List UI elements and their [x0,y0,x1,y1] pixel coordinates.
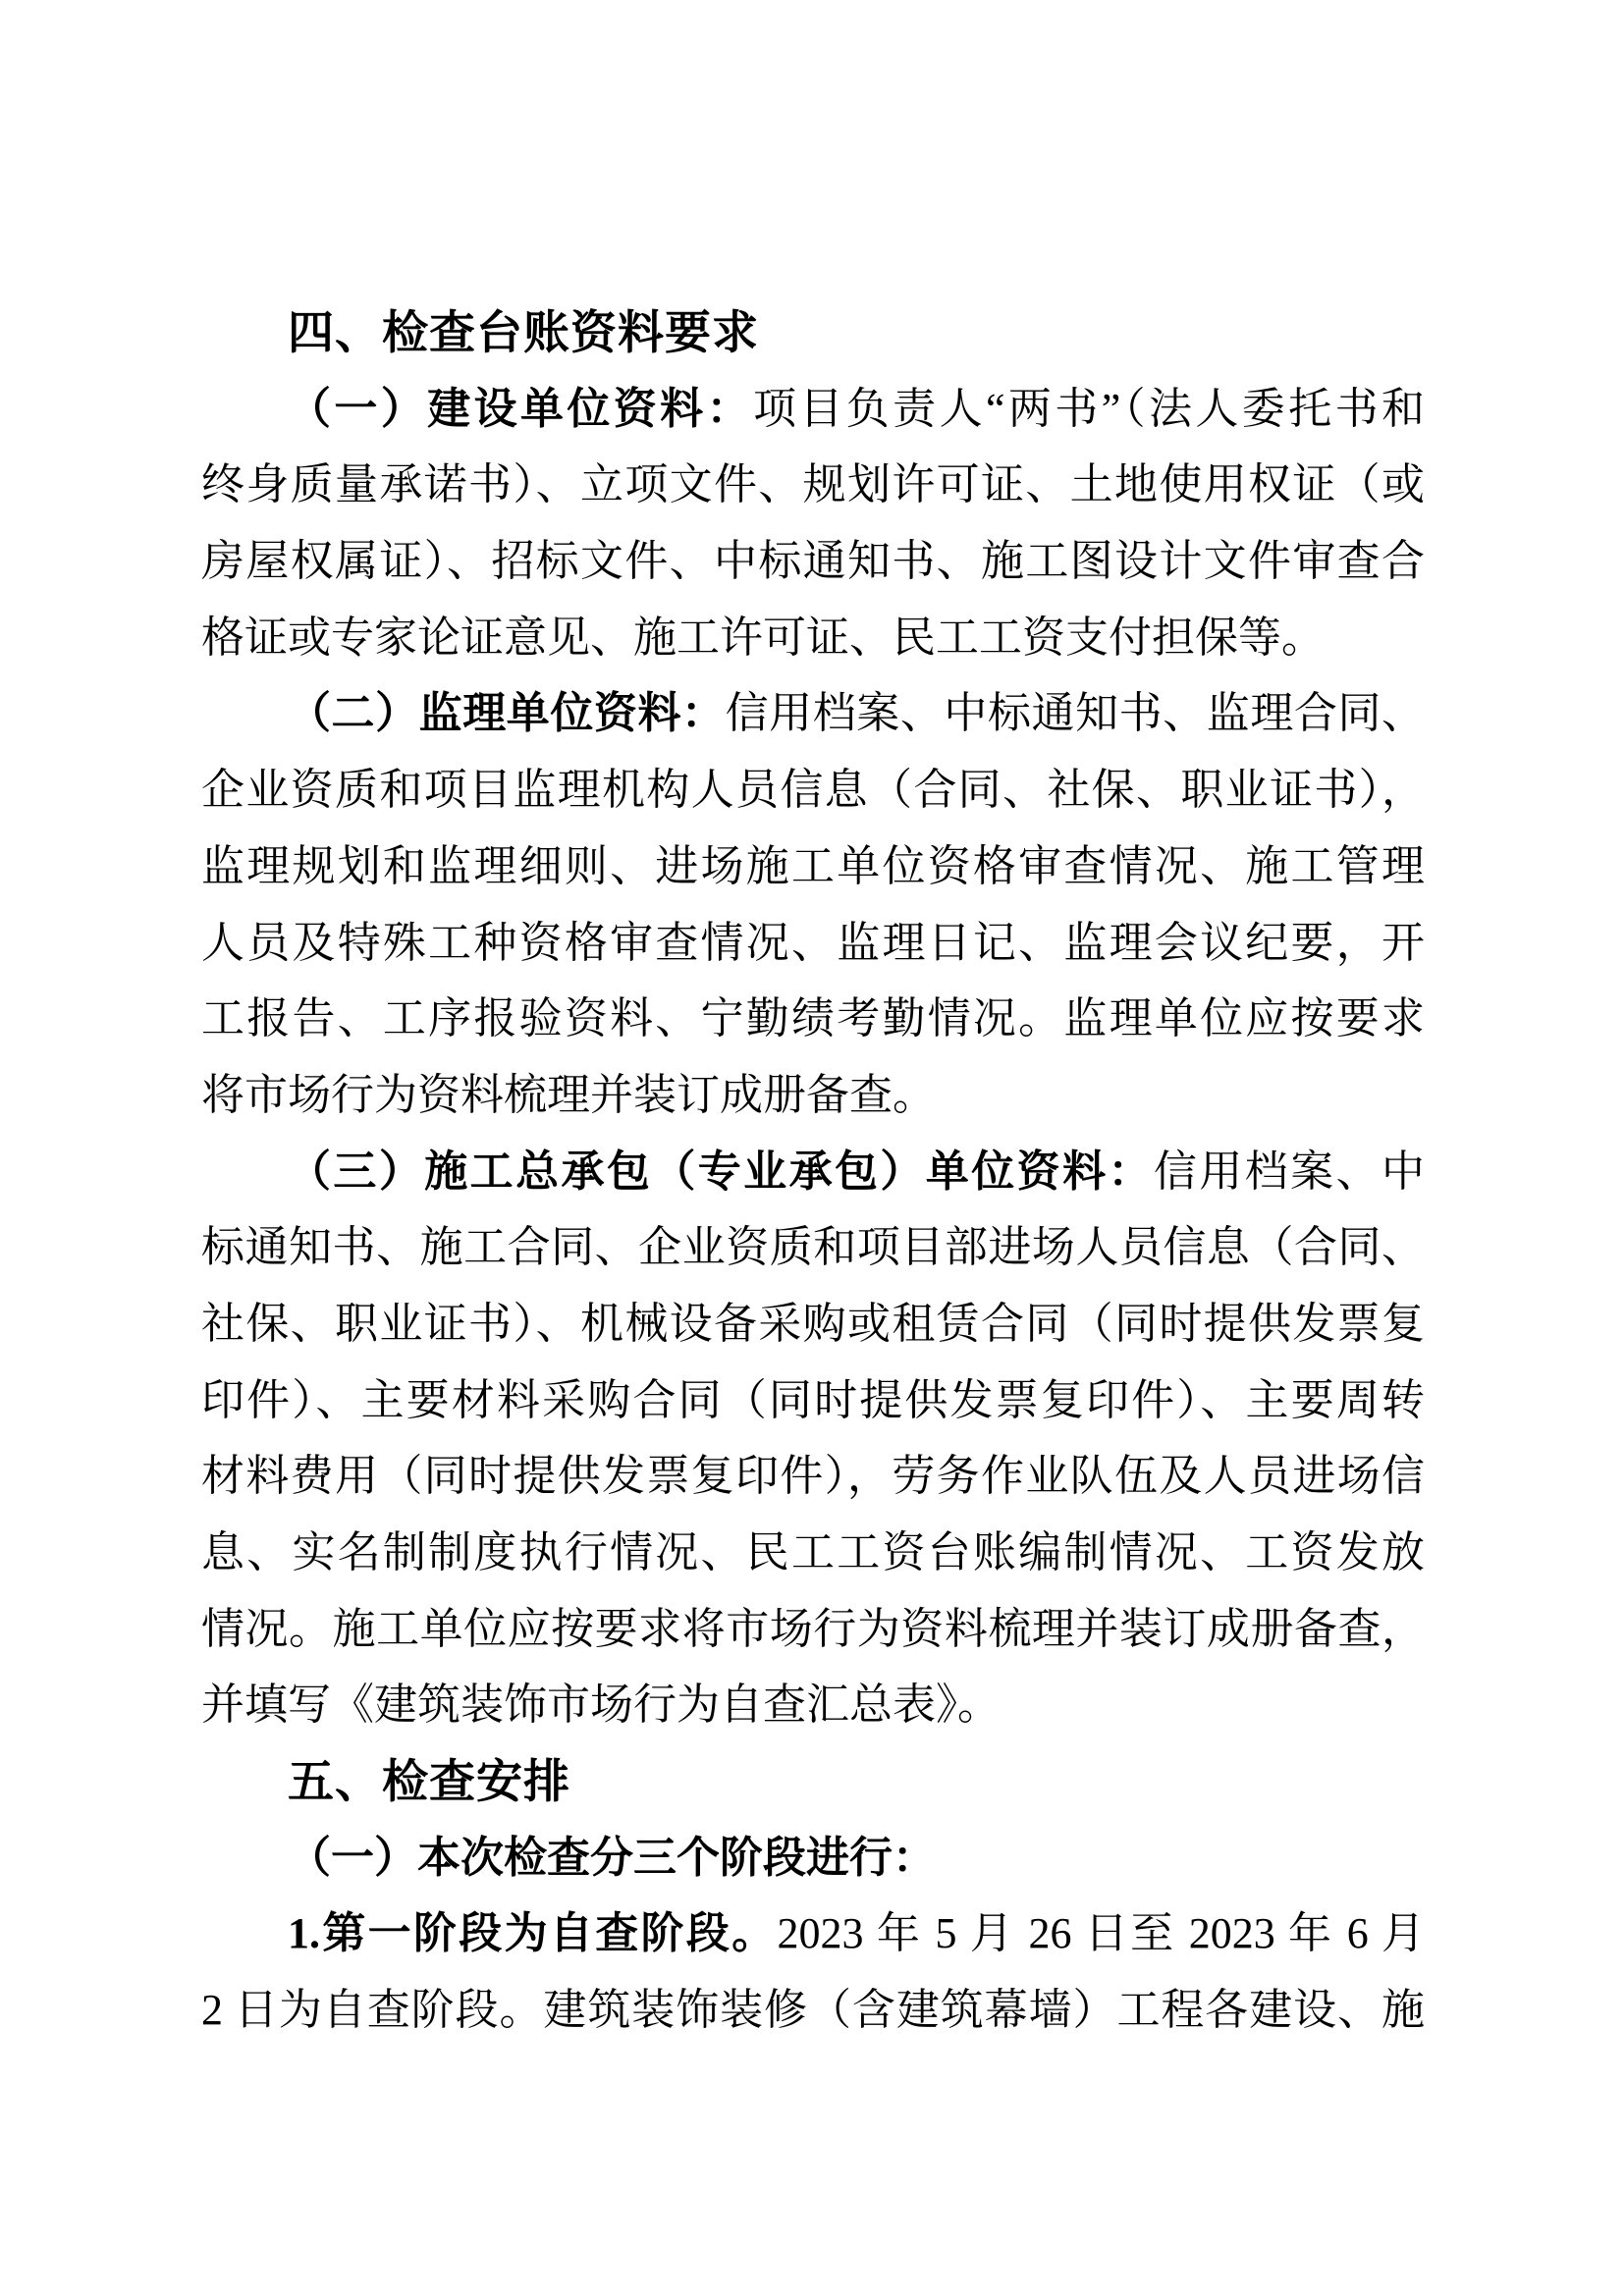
section-heading-5: 五、检查安排 [201,1743,1425,1820]
text-line: 社保、职业证书）、机械设备采购或租赁合同（同时提供发票复 [201,1286,1425,1362]
text-line: 情况。施工单位应按要求将市场行为资料梳理并装订成册备查， [201,1591,1425,1668]
body-text: 格证或专家论证意见、施工许可证、民工工资支付担保等。 [201,614,1325,662]
body-text: 并填写《建筑装饰市场行为自查汇总表》。 [201,1681,1001,1729]
text-line: （一）建设单位资料：项目负责人“两书”（法人委托书和 [201,371,1425,448]
section-heading-4: 四、检查台账资料要求 [201,294,1425,371]
lead-text: （一）建设单位资料： [288,385,753,433]
text-line: 1.第一阶段为自查阶段。2023 年 5 月 26 日至 2023 年 6 月 [201,1896,1425,1972]
text-line: 监理规划和监理细则、进场施工单位资格审查情况、施工管理 [201,828,1425,905]
body-text: 标通知书、施工合同、企业资质和项目部进场人员信息（合同、 [201,1223,1425,1271]
body-text: 2023 年 5 月 26 日至 2023 年 6 月 [778,1909,1425,1957]
text-line: 房屋权属证）、招标文件、中标通知书、施工图设计文件审查合 [201,523,1425,600]
body-text: 社保、职业证书）、机械设备采购或租赁合同（同时提供发票复 [201,1300,1425,1348]
text-line: 企业资质和项目监理机构人员信息（合同、社保、职业证书）， [201,752,1425,828]
text-line: 标通知书、施工合同、企业资质和项目部进场人员信息（合同、 [201,1209,1425,1286]
text-line: 将市场行为资料梳理并装订成册备查。 [201,1057,1425,1134]
text-line: 工报告、工序报验资料、宁勤绩考勤情况。监理单位应按要求 [201,981,1425,1057]
body-text: 情况。施工单位应按要求将市场行为资料梳理并装订成册备查， [201,1605,1425,1653]
text-line: 材料费用（同时提供发票复印件），劳务作业队伍及人员进场信 [201,1438,1425,1515]
body-text: 监理规划和监理细则、进场施工单位资格审查情况、施工管理 [201,842,1425,890]
body-text: 将市场行为资料梳理并装订成册备查。 [201,1071,936,1119]
body-text: 房屋权属证）、招标文件、中标通知书、施工图设计文件审查合 [201,537,1425,585]
heading-text: 五、检查安排 [288,1755,570,1807]
text-line: 印件）、主要材料采购合同（同时提供发票复印件）、主要周转 [201,1362,1425,1439]
body-text: 项目负责人“两书”（法人委托书和 [753,385,1425,433]
heading-text: 四、检查台账资料要求 [288,306,759,358]
text-line: 并填写《建筑装饰市场行为自查汇总表》。 [201,1667,1425,1743]
body-text: 2 日为自查阶段。建筑装饰装修（含建筑幕墙）工程各建设、施 [201,1986,1425,2034]
body-text: 信用档案、中标通知书、监理合同、 [726,689,1425,737]
lead-text: （二）监理单位资料： [288,689,726,737]
lead-text: （一）本次检查分三个阶段进行： [288,1834,936,1882]
body-text: 终身质量承诺书）、立项文件、规划许可证、土地使用权证（或 [201,460,1425,508]
text-line: 息、实名制制度执行情况、民工工资台账编制情况、工资发放 [201,1515,1425,1591]
text-line: （三）施工总承包（专业承包）单位资料：信用档案、中 [201,1134,1425,1210]
body-text: 企业资质和项目监理机构人员信息（合同、社保、职业证书）， [201,766,1425,814]
text-line: 2 日为自查阶段。建筑装饰装修（含建筑幕墙）工程各建设、施 [201,1972,1425,2049]
lead-text: 1.第一阶段为自查阶段。 [288,1909,778,1957]
lead-text: （三）施工总承包（专业承包）单位资料： [288,1148,1154,1196]
text-line: （二）监理单位资料：信用档案、中标通知书、监理合同、 [201,675,1425,752]
text-line: 终身质量承诺书）、立项文件、规划许可证、土地使用权证（或 [201,447,1425,523]
body-text: 工报告、工序报验资料、宁勤绩考勤情况。监理单位应按要求 [201,994,1425,1042]
body-text: 人员及特殊工种资格审查情况、监理日记、监理会议纪要，开 [201,919,1425,967]
document-page: 四、检查台账资料要求 （一）建设单位资料：项目负责人“两书”（法人委托书和 终身… [201,294,1425,2049]
body-text: 息、实名制制度执行情况、民工工资台账编制情况、工资发放 [201,1528,1425,1576]
body-text: 材料费用（同时提供发票复印件），劳务作业队伍及人员进场信 [201,1452,1425,1500]
text-line: 人员及特殊工种资格审查情况、监理日记、监理会议纪要，开 [201,905,1425,982]
body-text: 印件）、主要材料采购合同（同时提供发票复印件）、主要周转 [201,1376,1425,1424]
sub-heading-line: （一）本次检查分三个阶段进行： [201,1820,1425,1896]
text-line: 格证或专家论证意见、施工许可证、民工工资支付担保等。 [201,600,1425,676]
body-text: 信用档案、中 [1154,1148,1425,1196]
